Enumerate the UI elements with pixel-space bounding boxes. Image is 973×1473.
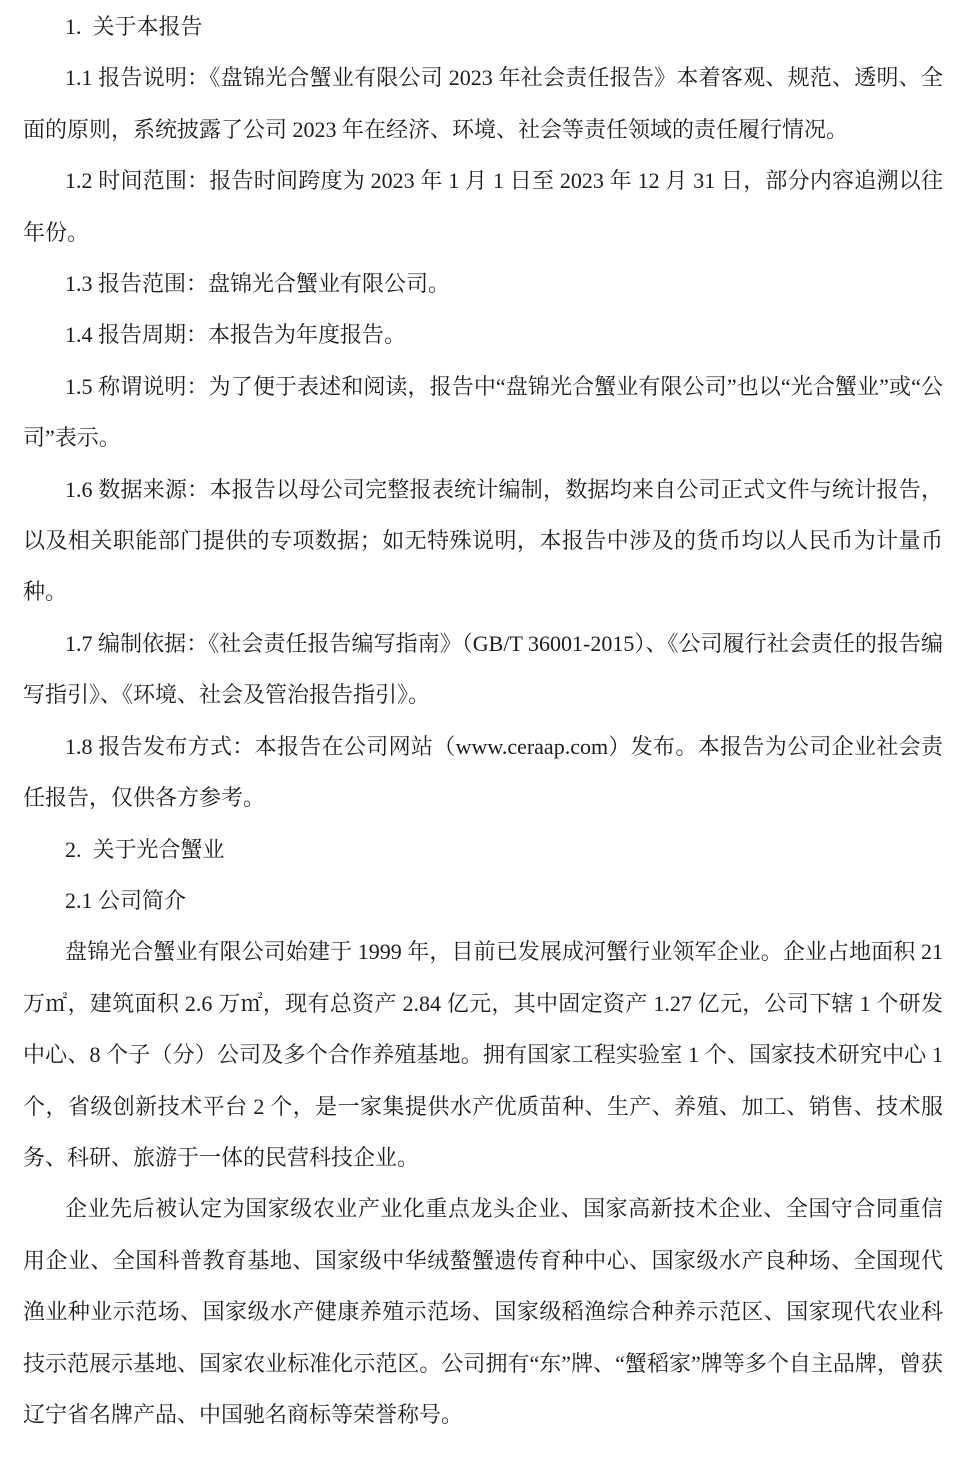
para-data-source: 1.6 数据来源：本报告以母公司完整报表统计编制，数据均来自公司正式文件与统计报… bbox=[23, 464, 943, 618]
section-heading-about-company: 2. 关于光合蟹业 bbox=[23, 824, 943, 875]
para-naming-convention: 1.5 称谓说明：为了便于表述和阅读，报告中“盘锦光合蟹业有限公司”也以“光合蟹… bbox=[23, 361, 943, 464]
para-company-honors: 企业先后被认定为国家级农业产业化重点龙头企业、国家高新技术企业、全国守合同重信用… bbox=[23, 1183, 943, 1440]
document-body: 1. 关于本报告 1.1 报告说明：《盘锦光合蟹业有限公司 2023 年社会责任… bbox=[23, 1, 943, 1440]
para-company-intro: 盘锦光合蟹业有限公司始建于 1999 年，目前已发展成河蟹行业领军企业。企业占地… bbox=[23, 926, 943, 1183]
para-publication-method: 1.8 报告发布方式：本报告在公司网站（www.ceraap.com）发布。本报… bbox=[23, 721, 943, 824]
para-report-scope: 1.3 报告范围：盘锦光合蟹业有限公司。 bbox=[23, 258, 943, 309]
para-report-cycle: 1.4 报告周期：本报告为年度报告。 bbox=[23, 309, 943, 360]
document-page: 1. 关于本报告 1.1 报告说明：《盘锦光合蟹业有限公司 2023 年社会责任… bbox=[0, 0, 973, 1473]
para-report-description: 1.1 报告说明：《盘锦光合蟹业有限公司 2023 年社会责任报告》本着客观、规… bbox=[23, 52, 943, 155]
para-compilation-basis: 1.7 编制依据：《社会责任报告编写指南》（GB/T 36001-2015）、《… bbox=[23, 618, 943, 721]
section-heading-about-report: 1. 关于本报告 bbox=[23, 1, 943, 52]
para-time-scope: 1.2 时间范围：报告时间跨度为 2023 年 1 月 1 日至 2023 年 … bbox=[23, 155, 943, 258]
subsection-heading-company-profile: 2.1 公司简介 bbox=[23, 875, 943, 926]
